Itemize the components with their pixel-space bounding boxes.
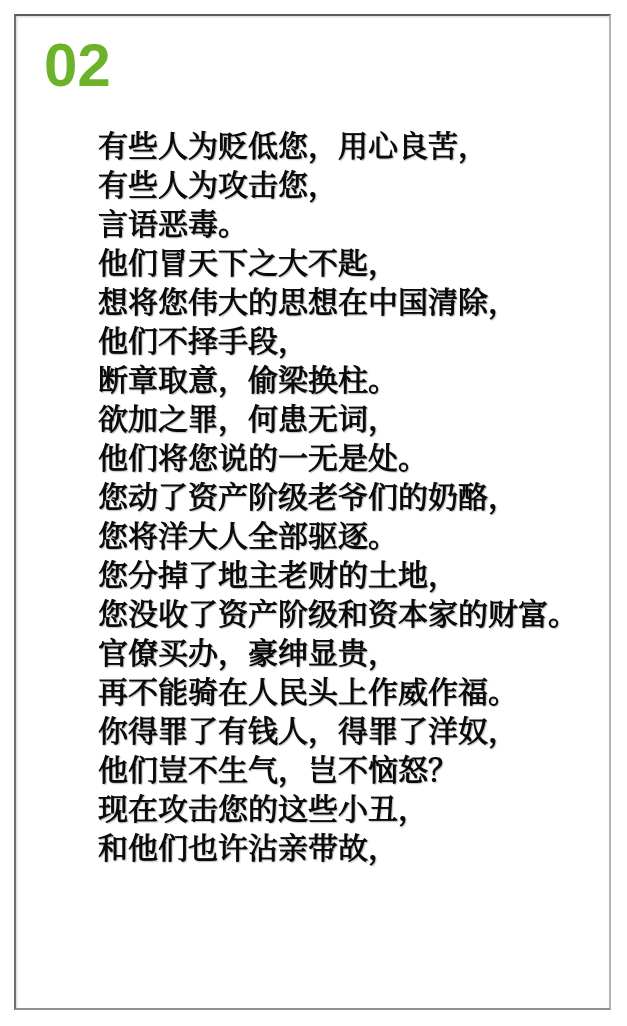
poem-line: 有些人为贬低您，用心良苦， [98,128,598,167]
slide-viewport: 02 有些人为贬低您，用心良苦， 有些人为攻击您， 言语恶毒。 他们冒天下之大不… [0,0,627,1026]
poem-line: 您动了资产阶级老爷们的奶酪， [98,479,598,518]
poem-line: 你得罪了有钱人，得罪了洋奴， [98,713,598,752]
poem-line: 您将洋大人全部驱逐。 [98,518,598,557]
poem-text: 有些人为贬低您，用心良苦， 有些人为攻击您， 言语恶毒。 他们冒天下之大不匙， … [98,128,598,869]
poem-line: 现在攻击您的这些小丑， [98,791,598,830]
poem-line: 官僚买办，豪绅显贵， [98,635,598,674]
poem-line: 再不能骑在人民头上作威作福。 [98,674,598,713]
poem-line: 和他们也许沾亲带故， [98,830,598,869]
poem-line: 他们冒天下之大不匙， [98,245,598,284]
poem-line: 您没收了资产阶级和资本家的财富。 [98,596,598,635]
poem-line: 言语恶毒。 [98,206,598,245]
poem-line: 您分掉了地主老财的土地， [98,557,598,596]
poem-line: 欲加之罪，何患无词， [98,401,598,440]
poem-line: 他们豈不生气，岂不恼怒？ [98,752,598,791]
slide-page: 02 有些人为贬低您，用心良苦， 有些人为攻击您， 言语恶毒。 他们冒天下之大不… [14,14,611,1010]
poem-line: 有些人为攻击您， [98,167,598,206]
poem-line: 想将您伟大的思想在中国清除， [98,284,598,323]
poem-line: 他们不择手段， [98,323,598,362]
slide-number: 02 [44,36,111,96]
poem-line: 他们将您说的一无是处。 [98,440,598,479]
poem-line: 断章取意，偷梁换柱。 [98,362,598,401]
